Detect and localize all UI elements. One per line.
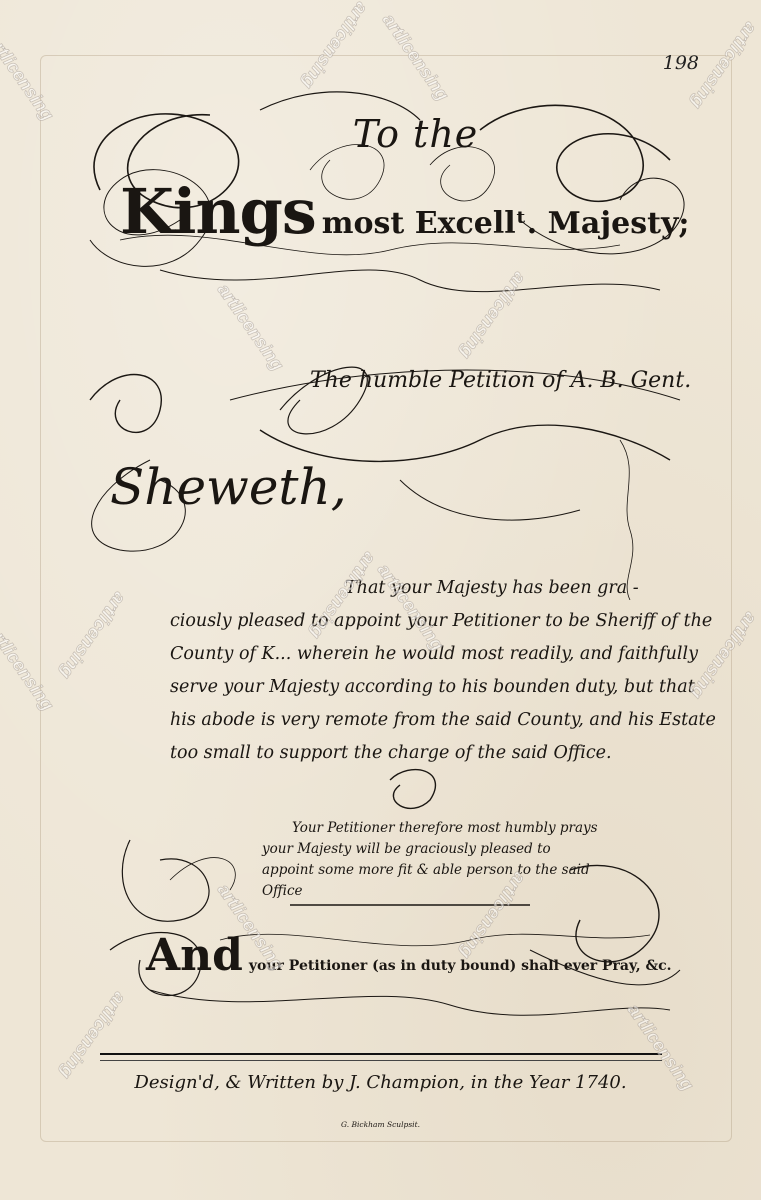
prayer-line: your Majesty will be graciously pleased … <box>262 839 632 860</box>
body-line: his abode is very remote from the said C… <box>170 704 670 737</box>
closing-text: your Petitioner (as in duty bound) shall… <box>249 958 672 974</box>
prayer-line: Office <box>262 881 632 902</box>
body-line: ciously pleased to appoint your Petition… <box>170 605 670 638</box>
closing-initial: And <box>146 930 243 981</box>
prayer-line: appoint some more fit & able person to t… <box>262 860 632 881</box>
address-kings: Kings <box>120 175 316 248</box>
body-line: County of K... wherein he would most rea… <box>170 638 670 671</box>
engraver-credit: G. Bickham Sculpsit. <box>0 1120 761 1129</box>
prayer-paragraph: Your Petitioner therefore most humbly pr… <box>262 818 632 902</box>
prayer-line: Your Petitioner therefore most humbly pr… <box>262 818 632 839</box>
petition-title: The humble Petition of A. B. Gent. <box>310 368 691 393</box>
body-line: serve your Majesty according to his boun… <box>170 671 670 704</box>
body-line: too small to support the charge of the s… <box>170 737 670 770</box>
page-number: 198 <box>663 52 699 74</box>
petition-body: That your Majesty has been gra - ciously… <box>170 572 670 770</box>
horizontal-rule <box>100 1053 662 1056</box>
salutation-sheweth: Sheweth, <box>110 458 347 516</box>
closing-line: And your Petitioner (as in duty bound) s… <box>146 930 672 981</box>
address-heading: Kings most Excellᵗ. Majesty; <box>120 175 680 248</box>
author-credit: Design'd, & Written by J. Champion, in t… <box>0 1072 761 1093</box>
horizontal-rule-thin <box>100 1060 662 1061</box>
address-majesty: most Excellᵗ. Majesty; <box>322 206 690 241</box>
body-line: That your Majesty has been gra - <box>170 572 670 605</box>
address-to-the: To the <box>0 112 761 156</box>
